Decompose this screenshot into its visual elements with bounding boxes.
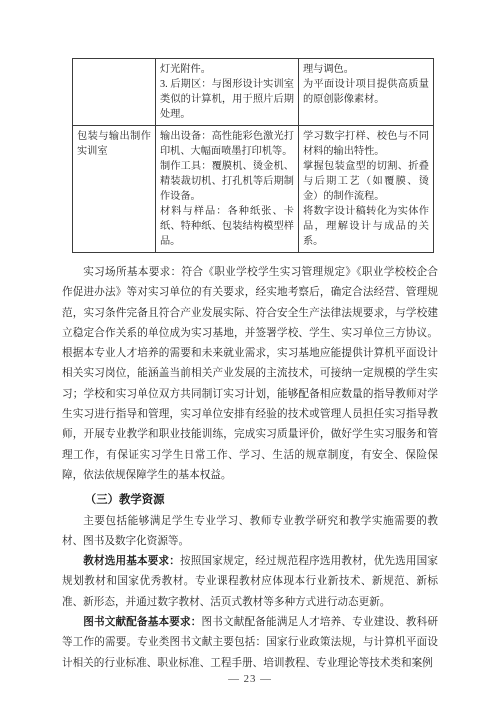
training-facility-table: 灯光附件。 3. 后期区：与图形设计实训室类似的计算机，用于照片后期处理。 理与… [72,58,434,253]
page-number: — 23 — [0,673,500,685]
document-page: 灯光附件。 3. 后期区：与图形设计实训室类似的计算机，用于照片后期处理。 理与… [0,0,500,707]
function-cell: 理与调色。 为平面设计项目提供高质量的原创影像素材。 [299,59,434,126]
equipment-cell: 灯光附件。 3. 后期区：与图形设计实训室类似的计算机，用于照片后期处理。 [156,59,299,126]
paragraph-resources-overview: 主要包括能够满足学生专业学习、教师专业教学研究和教学实施需要的教材、图书及数字化… [62,512,438,553]
paragraph-library-resources: 图书文献配备基本要求：图书文献配备能满足人才培养、专业建设、教科研等工作的需要。… [62,613,438,674]
room-name-cell [73,59,156,126]
table-row-continuation: 灯光附件。 3. 后期区：与图形设计实训室类似的计算机，用于照片后期处理。 理与… [73,59,434,126]
table-row-packaging-output: 包装与输出制作实训室 输出设备：高性能彩色激光打印机、大幅面喷墨打印机等。 制作… [73,126,434,253]
room-name-cell: 包装与输出制作实训室 [73,126,156,253]
function-cell: 学习数字打样、校色与不同材料的输出特性。 掌握包装盒型的切割、折叠与后期工艺（如… [299,126,434,253]
textbook-selection-lead: 教材选用基本要求： [83,556,180,567]
equipment-cell: 输出设备：高性能彩色激光打印机、大幅面喷墨打印机等。 制作工具：覆膜机、烫金机、… [156,126,299,253]
library-resources-lead: 图书文献配备基本要求： [83,617,201,628]
paragraph-internship-site-requirements: 实习场所基本要求：符合《职业学校学生实习管理规定》《职业学校校企合作促进办法》等… [62,263,438,486]
section-heading-teaching-resources: （三）教学资源 [62,490,438,510]
paragraph-textbook-selection: 教材选用基本要求：按照国家规定，经过规范程序选用教材，优先选用国家规划教材和国家… [62,552,438,613]
body-text: 实习场所基本要求：符合《职业学校学生实习管理规定》《职业学校校企合作促进办法》等… [62,263,438,674]
